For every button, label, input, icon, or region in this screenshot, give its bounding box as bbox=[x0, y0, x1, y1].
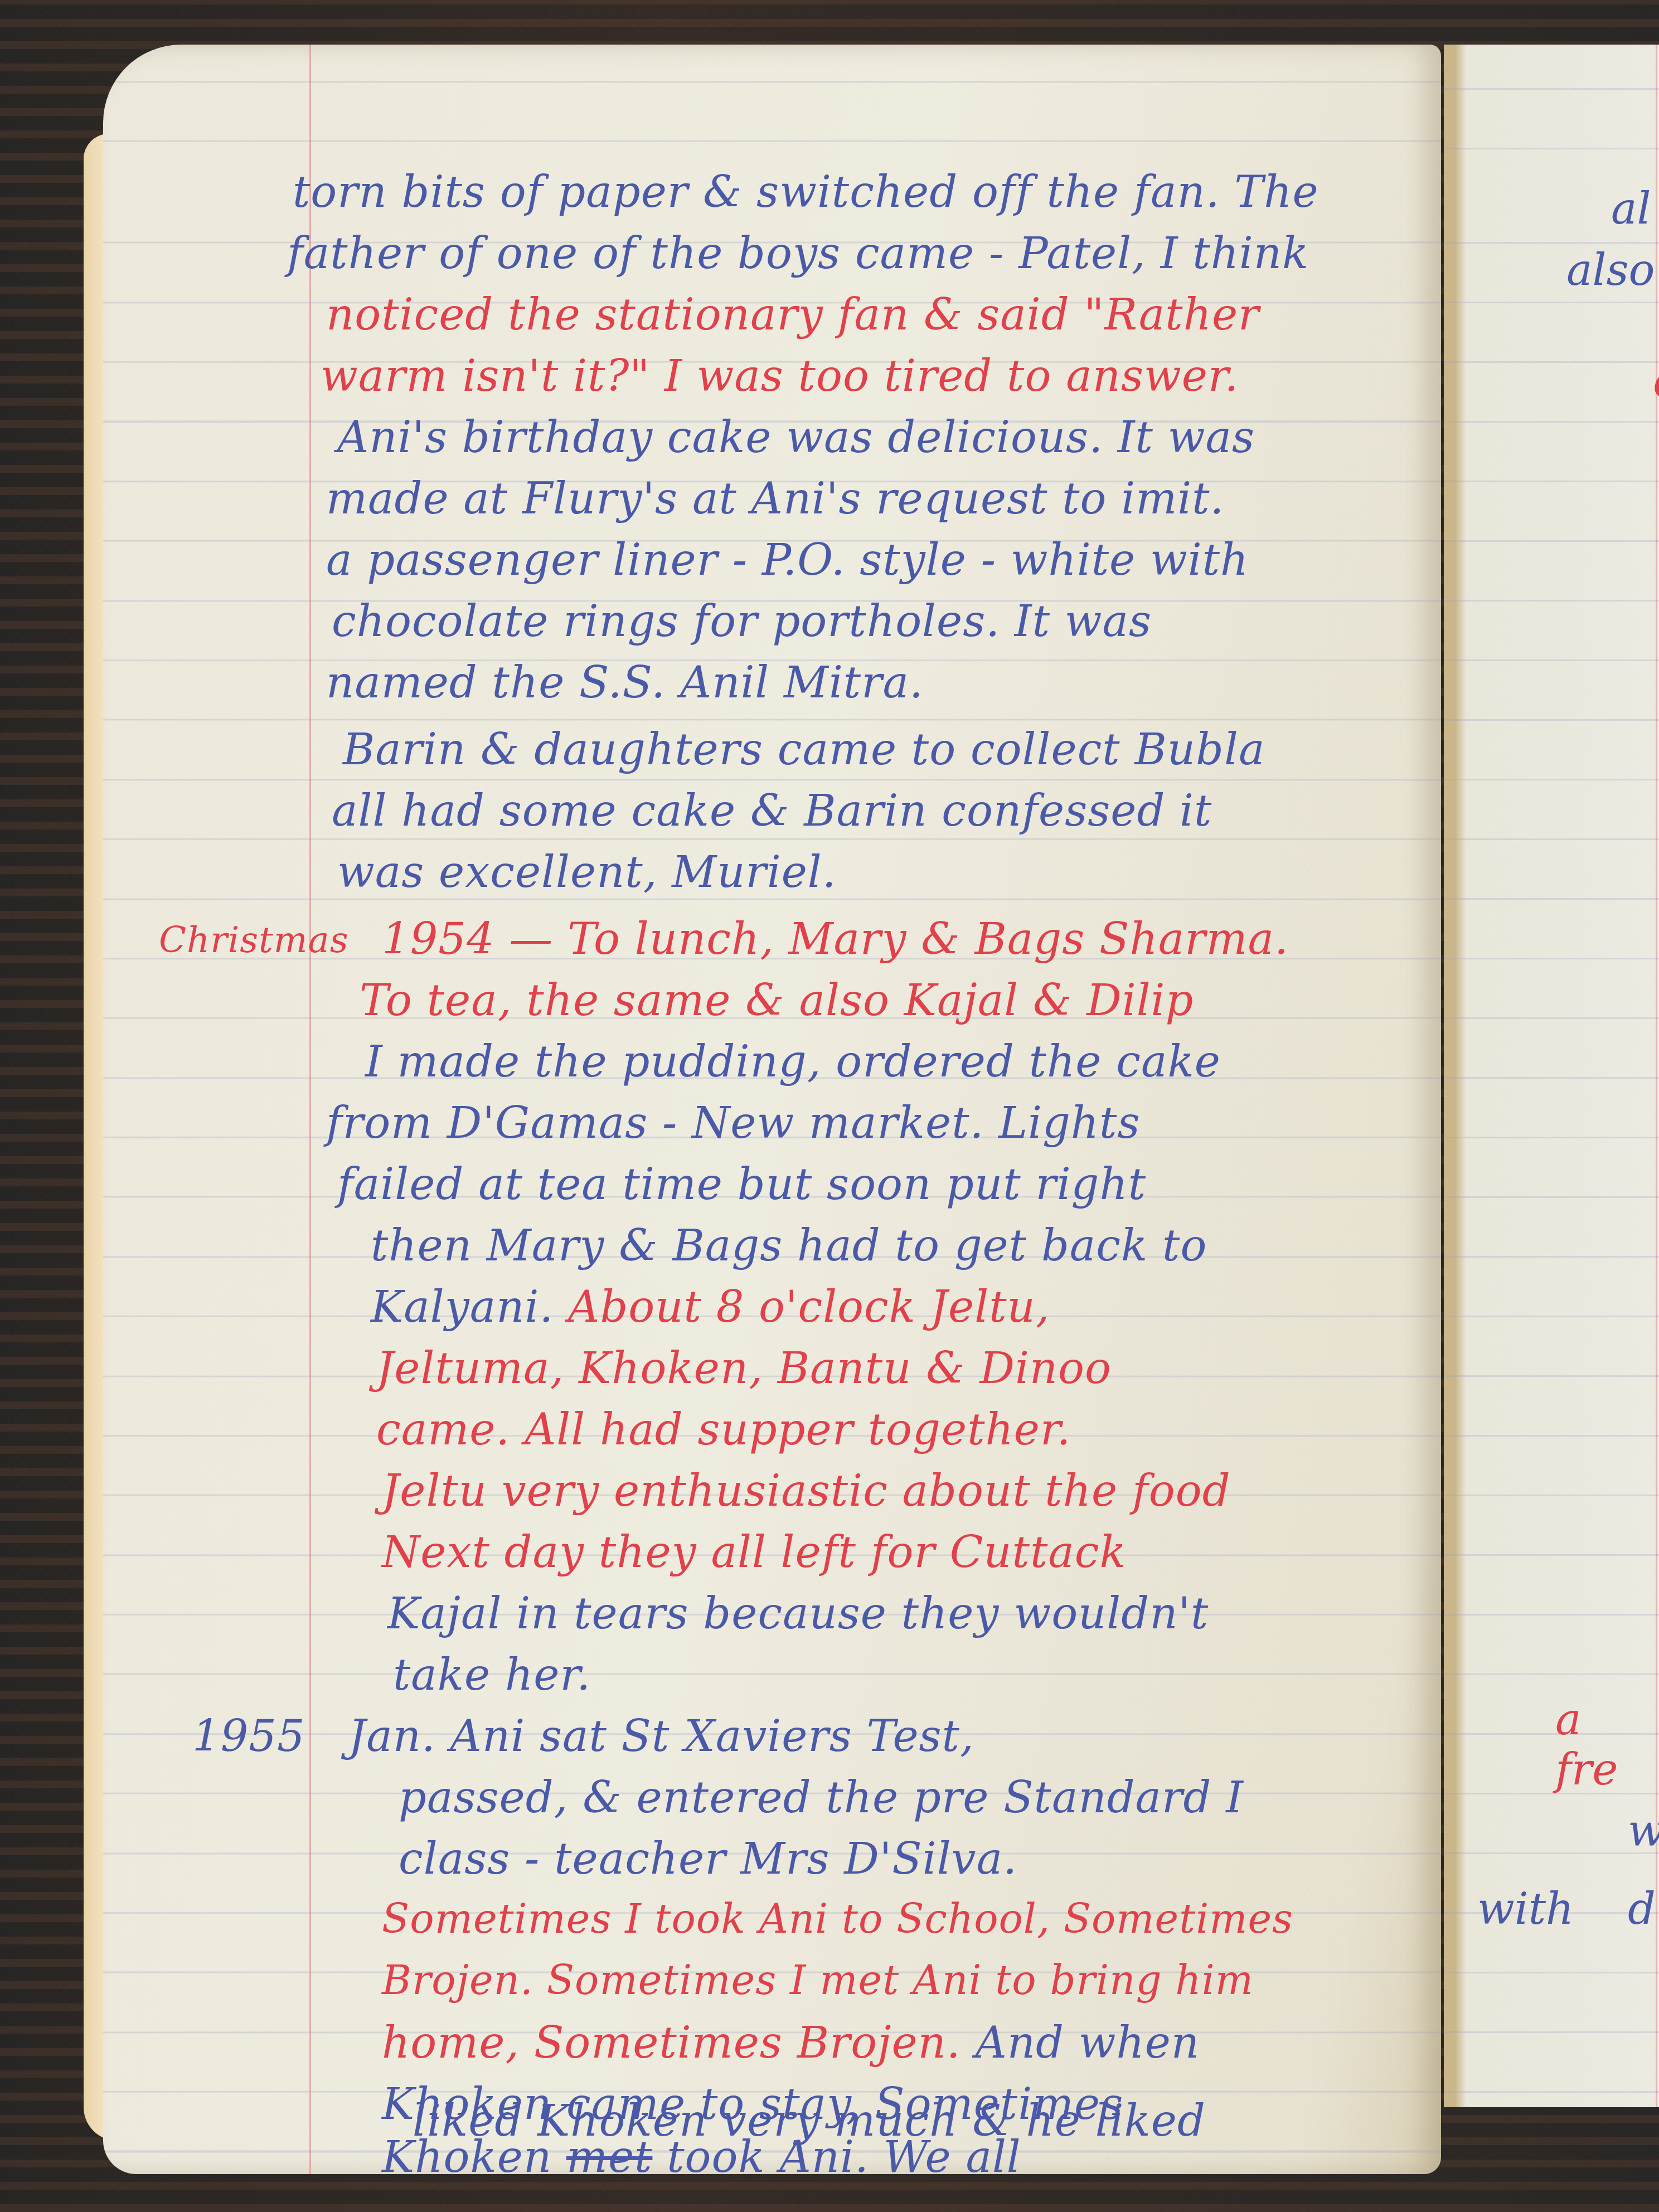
line-text: Brojen. Sometimes I met Ani to bring him bbox=[382, 1957, 1254, 2004]
line-text: 1954 — To lunch, Mary & Bags Sharma. bbox=[382, 914, 1289, 964]
line-text: from D'Gamas - New market. Lights bbox=[326, 1098, 1140, 1148]
line-text: class - teacher Mrs D'Silva. bbox=[399, 1834, 1017, 1884]
line-text: Jeltu very enthusiastic about the food bbox=[382, 1466, 1231, 1516]
diary-line: chocolate rings for portholes. It was bbox=[332, 596, 1152, 647]
diary-line: Jan. Ani sat St Xaviers Test, bbox=[348, 1711, 974, 1762]
margin-date-christmas: Christmas bbox=[159, 920, 349, 961]
ruled-lines bbox=[1444, 45, 1659, 2107]
line-text: Ani's birthday cake was delicious. It wa… bbox=[337, 413, 1255, 463]
diary-line: came. All had supper together. bbox=[376, 1405, 1071, 1455]
line-text: And when bbox=[961, 2018, 1200, 2068]
diary-line: Sometimes I took Ani to School, Sometime… bbox=[382, 1895, 1293, 1942]
diary-line: Next day they all left for Cuttack bbox=[382, 1527, 1127, 1578]
line-text: liked Khoken very much & he liked bbox=[413, 2096, 1206, 2146]
margin-label: 1955 bbox=[192, 1711, 305, 1762]
diary-line: passed, & entered the pre Standard I bbox=[399, 1773, 1244, 1823]
text-fragment: o bbox=[1653, 357, 1659, 407]
diary-line: Kalyani. About 8 o'clock Jeltu, bbox=[371, 1282, 1050, 1332]
line-text: came. All had supper together. bbox=[376, 1405, 1071, 1455]
margin-date-1955: 1955 bbox=[192, 1711, 305, 1762]
right-notebook-page: al also o a fre w with d bbox=[1444, 45, 1659, 2107]
diary-line: father of one of the boys came - Patel, … bbox=[287, 229, 1309, 279]
line-text: Barin & daughters came to collect Bubla bbox=[343, 725, 1265, 775]
line-text: named the S.S. Anil Mitra. bbox=[326, 658, 924, 708]
line-text: home, Sometimes Brojen. bbox=[382, 2018, 961, 2068]
line-text: Jeltuma, Khoken, Bantu & Dinoo bbox=[376, 1343, 1112, 1394]
diary-line: home, Sometimes Brojen. And when bbox=[382, 2018, 1200, 2068]
diary-line: then Mary & Bags had to get back to bbox=[371, 1221, 1207, 1271]
margin-label: Christmas bbox=[159, 920, 349, 961]
line-text: failed at tea time but soon put right bbox=[337, 1160, 1146, 1210]
diary-line: a passenger liner - P.O. style - white w… bbox=[326, 535, 1249, 585]
diary-line: named the S.S. Anil Mitra. bbox=[326, 658, 924, 708]
margin-line bbox=[1656, 45, 1657, 2107]
diary-line: Jeltu very enthusiastic about the food bbox=[382, 1466, 1231, 1516]
diary-line: Barin & daughters came to collect Bubla bbox=[343, 725, 1265, 775]
line-text: made at Flury's at Ani's request to imit… bbox=[326, 474, 1224, 524]
diary-line: made at Flury's at Ani's request to imit… bbox=[326, 474, 1224, 524]
diary-line: Kajal in tears because they wouldn't bbox=[387, 1589, 1209, 1639]
line-text: then Mary & Bags had to get back to bbox=[371, 1221, 1207, 1271]
line-text: I made the pudding, ordered the cake bbox=[365, 1037, 1221, 1087]
margin-line bbox=[309, 45, 311, 2174]
diary-line: was excellent, Muriel. bbox=[337, 847, 837, 898]
line-text: father of one of the boys came - Patel, … bbox=[287, 229, 1309, 279]
left-notebook-page: torn bits of paper & switched off the fa… bbox=[103, 45, 1441, 2174]
text-fragment: also bbox=[1566, 245, 1655, 295]
diary-line: To tea, the same & also Kajal & Dilip bbox=[360, 976, 1194, 1026]
line-text: Sometimes I took Ani to School, Sometime… bbox=[382, 1895, 1293, 1942]
line-text: To tea, the same & also Kajal & Dilip bbox=[360, 976, 1194, 1026]
diary-line: Brojen. Sometimes I met Ani to bring him bbox=[382, 1957, 1254, 2004]
line-text: all had some cake & Barin confessed it bbox=[332, 786, 1212, 836]
line-text: passed, & entered the pre Standard I bbox=[399, 1773, 1244, 1823]
line-text: noticed the stationary fan & said "Rathe… bbox=[326, 290, 1259, 340]
diary-line: failed at tea time but soon put right bbox=[337, 1160, 1146, 1210]
text-fragment: w bbox=[1628, 1806, 1659, 1856]
diary-line: torn bits of paper & switched off the fa… bbox=[293, 167, 1319, 217]
text-fragment: al bbox=[1611, 184, 1651, 234]
diary-line: take her. bbox=[393, 1650, 591, 1700]
diary-line: liked Khoken very much & he liked bbox=[413, 2096, 1206, 2146]
text-fragment: fre bbox=[1555, 1745, 1618, 1795]
diary-line: Jeltuma, Khoken, Bantu & Dinoo bbox=[376, 1343, 1112, 1394]
line-text: a passenger liner - P.O. style - white w… bbox=[326, 535, 1249, 585]
diary-line: Ani's birthday cake was delicious. It wa… bbox=[337, 413, 1255, 463]
diary-line: I made the pudding, ordered the cake bbox=[365, 1037, 1221, 1087]
line-text: chocolate rings for portholes. It was bbox=[332, 596, 1152, 647]
diary-line: 1954 — To lunch, Mary & Bags Sharma. bbox=[382, 914, 1289, 964]
text-fragment: with bbox=[1477, 1884, 1574, 1934]
line-text: About 8 o'clock Jeltu, bbox=[554, 1282, 1050, 1332]
line-text: Kajal in tears because they wouldn't bbox=[387, 1589, 1209, 1639]
diary-line: class - teacher Mrs D'Silva. bbox=[399, 1834, 1017, 1884]
line-text: torn bits of paper & switched off the fa… bbox=[293, 167, 1319, 217]
line-text: Kalyani. bbox=[371, 1282, 554, 1332]
line-text: warm isn't it?" I was too tired to answe… bbox=[321, 351, 1239, 401]
diary-line: warm isn't it?" I was too tired to answe… bbox=[321, 351, 1239, 401]
diary-line: noticed the stationary fan & said "Rathe… bbox=[326, 290, 1259, 340]
line-text: was excellent, Muriel. bbox=[337, 847, 837, 898]
diary-line: from D'Gamas - New market. Lights bbox=[326, 1098, 1140, 1148]
diary-line: all had some cake & Barin confessed it bbox=[332, 786, 1212, 836]
line-text: take her. bbox=[393, 1650, 591, 1700]
text-fragment: d bbox=[1628, 1884, 1656, 1934]
line-text: Jan. Ani sat St Xaviers Test, bbox=[348, 1711, 974, 1762]
line-text: Next day they all left for Cuttack bbox=[382, 1527, 1127, 1578]
text-fragment: a bbox=[1555, 1695, 1582, 1745]
